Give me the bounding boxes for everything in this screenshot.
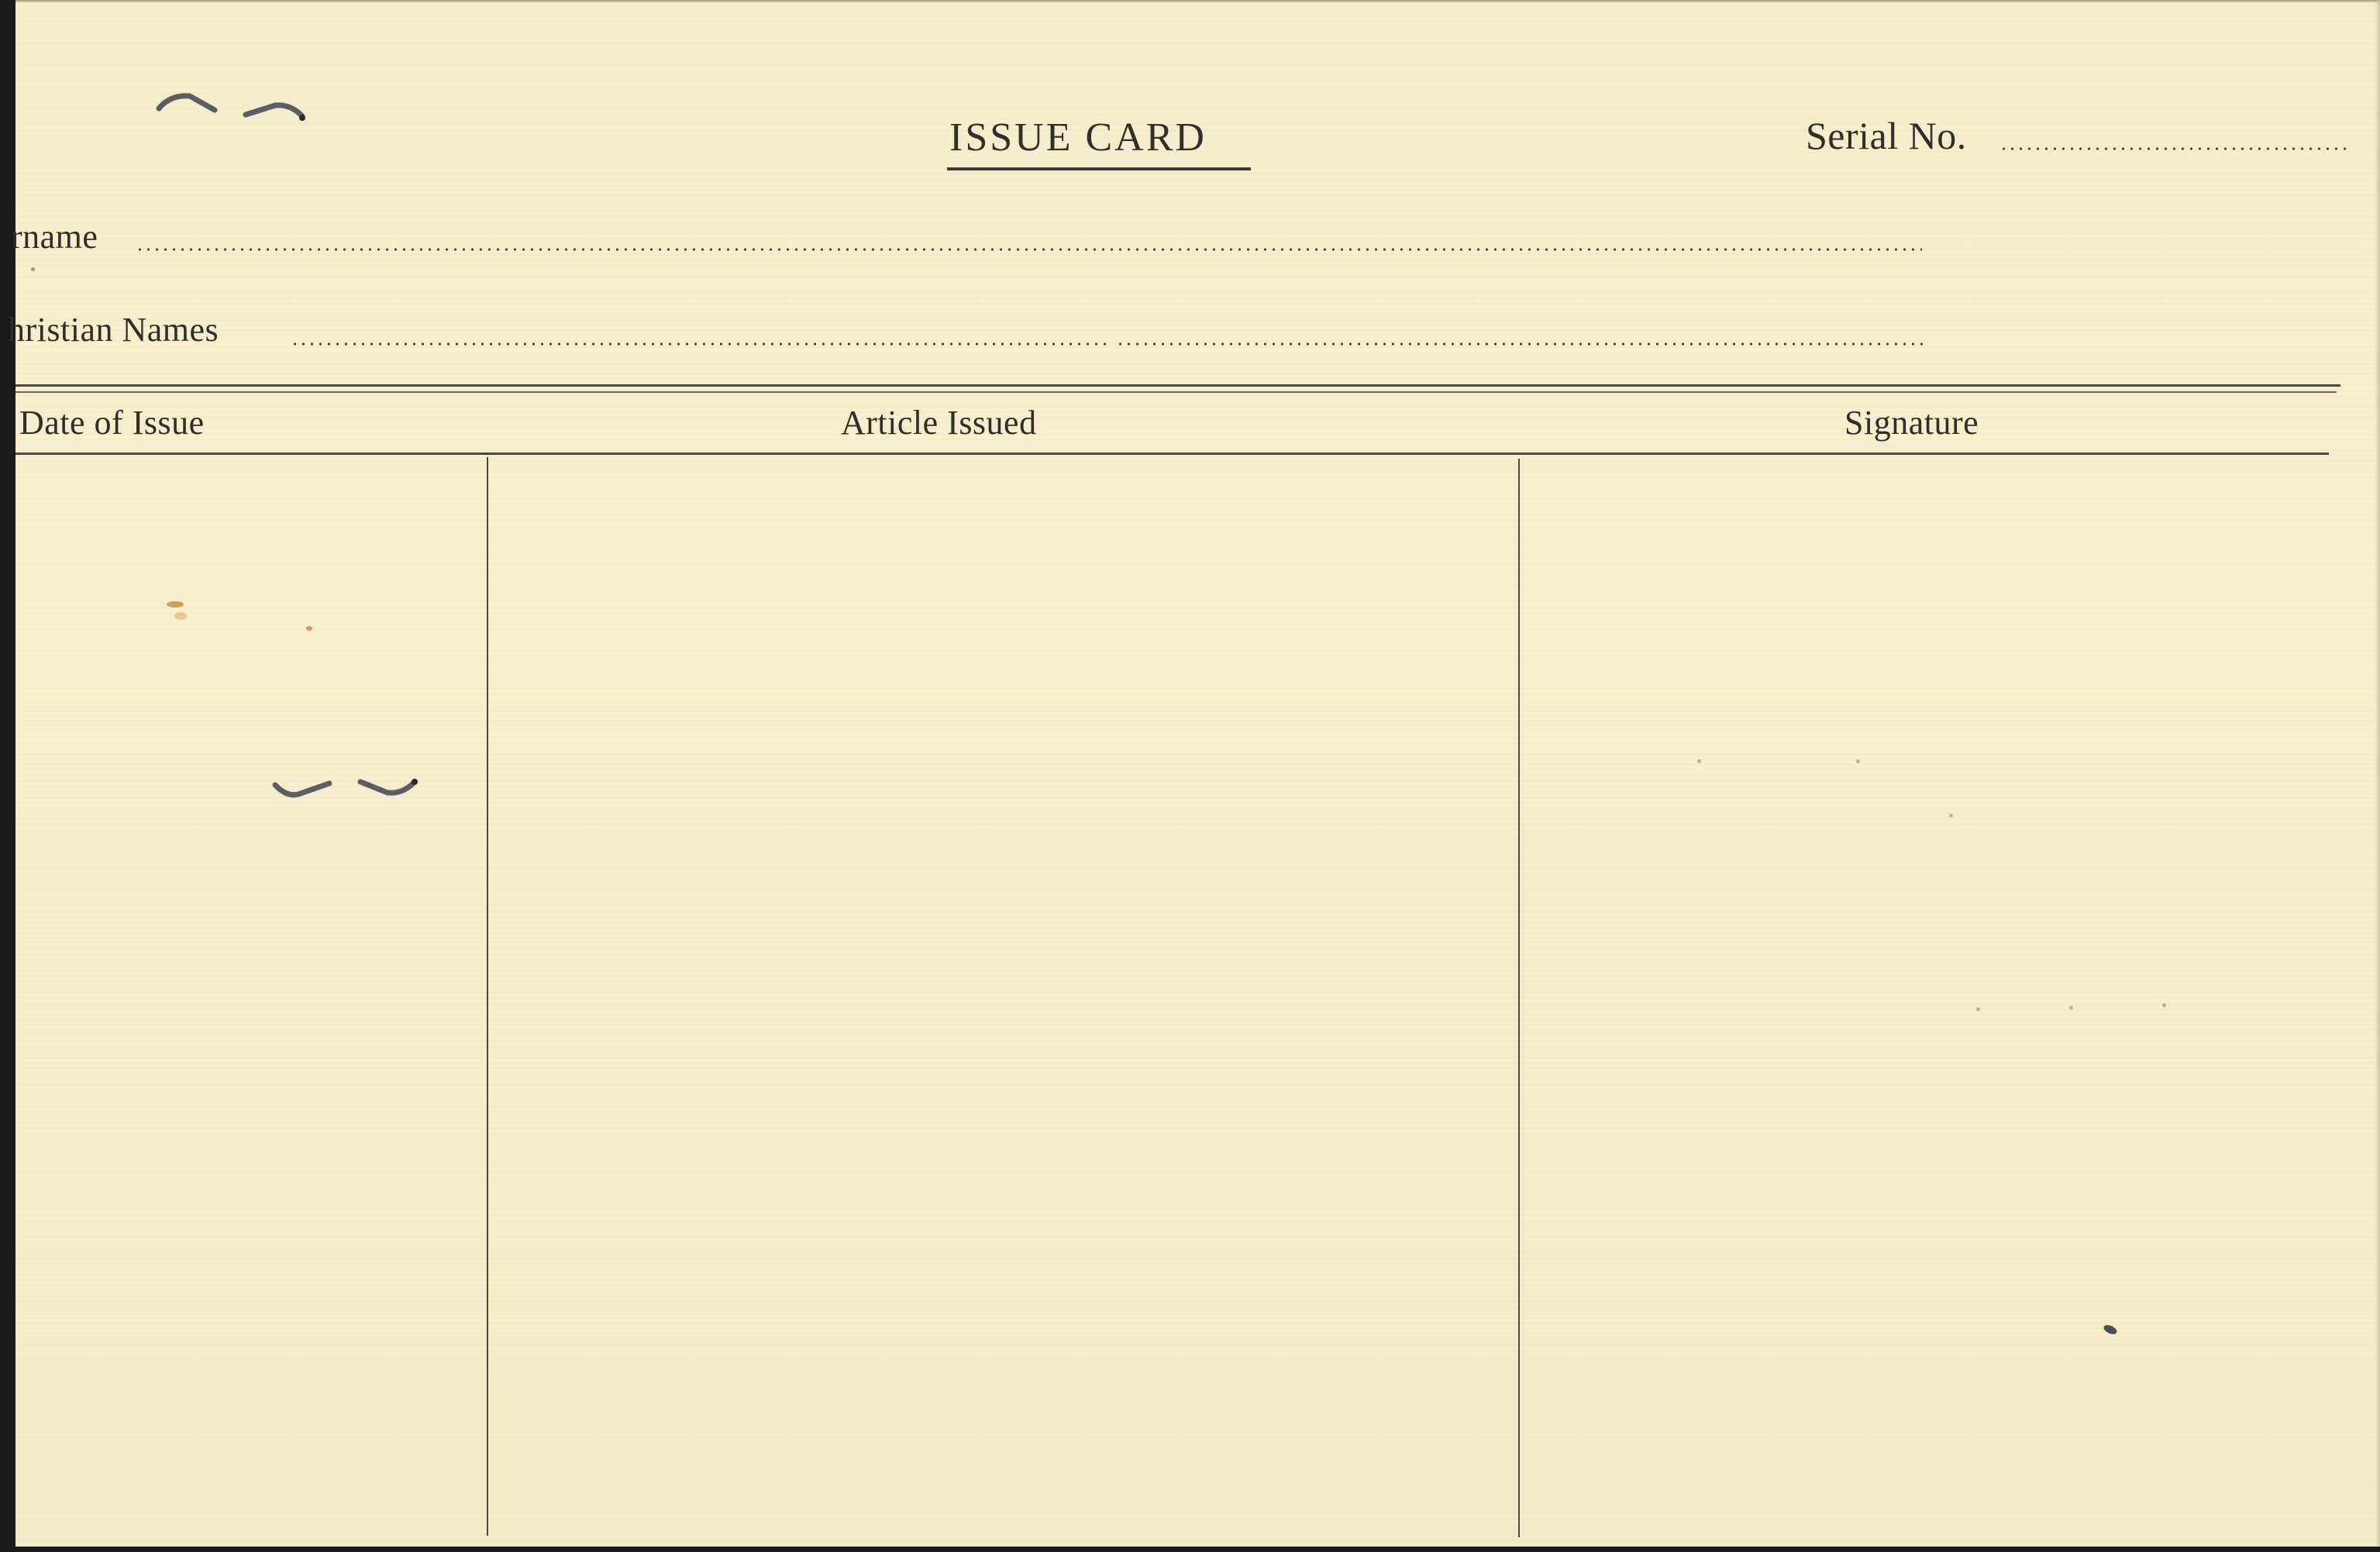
dust-speck <box>1949 814 1953 817</box>
staple-icon <box>143 85 329 132</box>
header-top-rule <box>15 384 2340 387</box>
column-divider-1 <box>487 457 488 1536</box>
issue-card: ISSUE CARD Serial No. rname hristian Nam… <box>15 0 2380 1547</box>
card-right-edge <box>2375 0 2380 1547</box>
christian-names-field[interactable] <box>291 342 1112 346</box>
column-header-date-of-issue: Date of Issue <box>19 403 205 442</box>
serial-no-label: Serial No. <box>1806 113 1967 158</box>
rust-spot <box>167 601 184 607</box>
column-divider-2 <box>1518 459 1520 1537</box>
christian-names-label: hristian Names <box>8 310 219 349</box>
column-header-article-issued: Article Issued <box>841 403 1037 442</box>
christian-names-field-continued[interactable] <box>1116 342 1926 346</box>
article-issued-column[interactable] <box>490 457 1517 1534</box>
signature-column[interactable] <box>1521 457 2374 1534</box>
rust-spot <box>174 612 187 620</box>
date-of-issue-column[interactable] <box>15 457 485 1534</box>
dust-speck <box>2162 1003 2166 1007</box>
card-title: ISSUE CARD <box>949 115 1207 160</box>
header-top-rule-inner <box>15 391 2337 393</box>
dust-speck <box>31 267 35 271</box>
dust-speck <box>1976 1007 1980 1011</box>
dust-speck <box>2069 1006 2073 1010</box>
header-bottom-rule <box>15 453 2329 455</box>
card-top-edge <box>15 0 2380 3</box>
title-underline <box>947 167 1251 170</box>
rust-spot <box>306 626 312 631</box>
column-header-signature: Signature <box>1844 403 1979 442</box>
dust-speck <box>1856 759 1860 763</box>
surname-field[interactable] <box>136 248 1922 251</box>
dust-speck <box>1697 759 1701 763</box>
staple-icon <box>256 771 442 810</box>
serial-no-field[interactable] <box>1999 147 2352 150</box>
surname-label: rname <box>11 217 98 256</box>
